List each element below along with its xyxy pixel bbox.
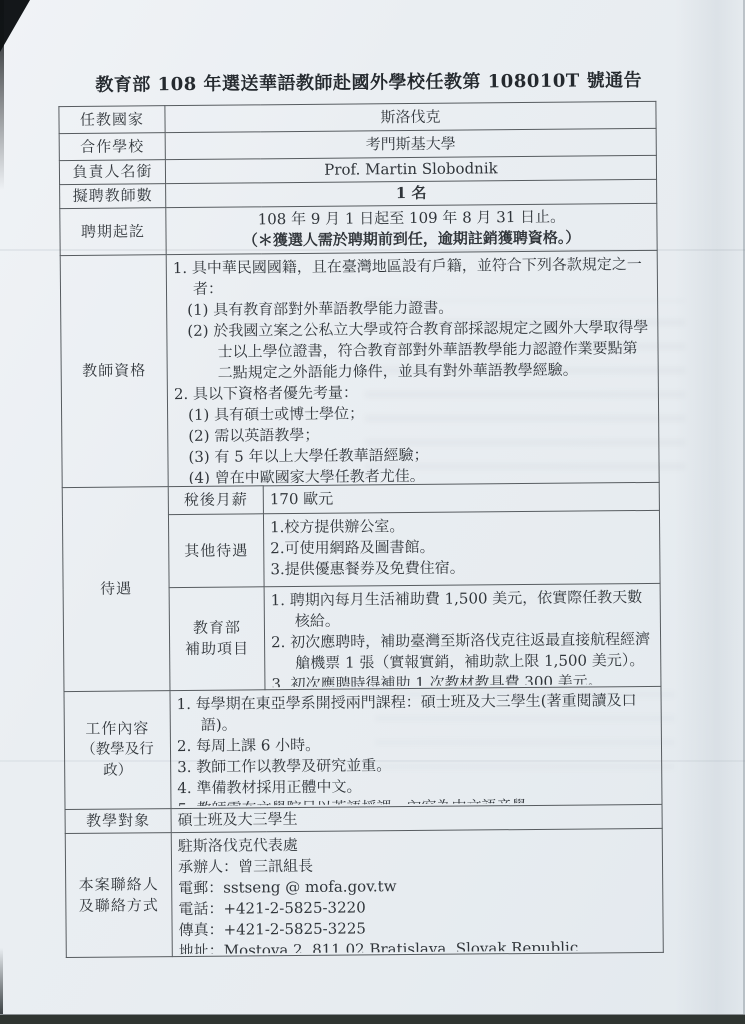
scanner-edge-left <box>0 948 3 1018</box>
period-note: （＊獲選人需於聘期前到任，逾期註銷獲聘資格。） <box>172 227 650 252</box>
row-value-duties: 1. 每學期在東亞學系開授兩門課程：碩士班及大三學生(著重閱讀及口語)。 2. … <box>170 686 662 808</box>
row-label-duties: 工作內容 （教學及行政） <box>64 691 171 810</box>
table-row: 教師資格 1. 具中華民國國籍，且在臺灣地區設有戶籍，並符合下列各款規定之一者：… <box>60 250 659 487</box>
row-label-school: 合作學校 <box>59 133 165 161</box>
scanner-edge-bottom <box>0 1014 745 1024</box>
row-value-qualifications: 1. 具中華民國國籍，且在臺灣地區設有戶籍，並符合下列各款規定之一者： (1) … <box>166 250 659 486</box>
table-row: 工作內容 （教學及行政） 1. 每學期在東亞學系開授兩門課程：碩士班及大三學生(… <box>64 686 662 809</box>
subsidy-label-line: 教育部 <box>176 617 258 639</box>
row-label-principal: 負責人名銜 <box>59 160 165 185</box>
row-label-contact: 本案聯絡人 及聯絡方式 <box>65 833 172 958</box>
qualification-item: (2) 於我國立案之公私立大學或符合教育部採認規定之國外大學取得學士以上學位證書… <box>187 316 652 383</box>
qualification-item: (4) 曾在中歐國家大學任教者尤佳。 <box>189 463 653 483</box>
benefits-subsidy-label: 教育部 補助項目 <box>169 587 265 691</box>
row-value-contact: 駐斯洛伐克代表處 承辦人：曾三訊組長 電郵：sstseng @ mofa.gov… <box>171 828 663 956</box>
subsidy-label-line: 補助項目 <box>176 638 258 660</box>
benefits-other-label: 其他待遇 <box>168 514 264 588</box>
row-label-country: 任教國家 <box>59 106 165 134</box>
contact-label-line: 及聯絡方式 <box>72 895 165 917</box>
notice-table: 任教國家 斯洛伐克 合作學校 考門斯基大學 負責人名銜 Prof. Martin… <box>58 101 663 958</box>
scanner-edge-left <box>0 0 4 190</box>
row-value-school: 考門斯基大學 <box>165 128 656 159</box>
qualification-item: 1. 具中華民國國籍，且在臺灣地區設有戶籍，並符合下列各款規定之一者： <box>173 253 651 299</box>
row-label-qualifications: 教師資格 <box>60 255 168 488</box>
subsidy-item: 2. 初次應聘時，補助臺灣至斯洛伐克往返最直接航程經濟艙機票 1 張（實報實銷，… <box>271 628 654 673</box>
row-label-audience: 教學對象 <box>65 809 171 834</box>
duties-label-line: （教學及行政） <box>71 739 164 782</box>
duty-item: 1. 每學期在東亞學系開授兩門課程：碩士班及大三學生(著重閱讀及口語)。 <box>177 689 655 735</box>
scanner-corner-artifact <box>0 0 30 52</box>
table-row: 聘期起訖 108 年 9 月 1 日起至 109 年 8 月 31 日止。 （＊… <box>60 203 657 255</box>
row-value-period: 108 年 9 月 1 日起至 109 年 8 月 31 日止。 （＊獲選人需於… <box>166 203 657 254</box>
document-content: 教育部 108 年選送華語教師赴國外學校任教第 108010T 號通告 任教國家… <box>0 0 740 1</box>
benefits-salary-label: 稅後月薪 <box>168 486 263 515</box>
benefits-subsidy-value: 1. 聘期內每月生活補助費 1,500 美元，依實際任教天數核給。 2. 初次應… <box>264 583 661 689</box>
subsidy-item: 3. 初次應聘時得補助 1 次教材教具費 300 美元。 <box>271 670 654 686</box>
row-value-country: 斯洛伐克 <box>165 101 656 132</box>
contact-label-line: 本案聯絡人 <box>72 874 165 896</box>
row-label-period: 聘期起訖 <box>60 208 166 256</box>
benefits-other-value: 1.校方提供辦公室。 2.可使用網路及圖書館。 3.提供優惠餐券及免費住宿。 <box>263 510 660 586</box>
row-label-headcount: 擬聘教師數 <box>60 184 166 209</box>
scan-shading <box>675 0 745 1024</box>
duties-label-line: 工作內容 <box>71 718 164 740</box>
table-row: 本案聯絡人 及聯絡方式 駐斯洛伐克代表處 承辦人：曾三訊組長 電郵：sstsen… <box>65 828 663 957</box>
scanned-document-page: 教育部 108 年選送華語教師赴國外學校任教第 108010T 號通告 任教國家… <box>0 0 745 1024</box>
row-label-benefits: 待遇 <box>62 487 170 692</box>
benefits-salary-value: 170 歐元 <box>263 482 659 513</box>
page-title: 教育部 108 年選送華語教師赴國外學校任教第 108010T 號通告 <box>0 65 741 98</box>
subsidy-item: 1. 聘期內每月生活補助費 1,500 美元，依實際任教天數核給。 <box>271 586 654 631</box>
benefit-item: 3.提供優惠餐券及免費住宿。 <box>270 556 653 580</box>
